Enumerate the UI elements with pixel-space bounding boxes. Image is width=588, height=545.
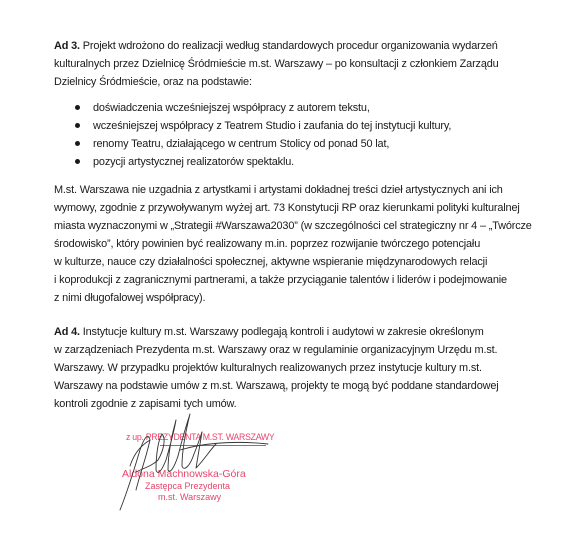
ad4-line-1: Ad 4. Instytucje kultury m.st. Warszawy …: [54, 323, 484, 341]
ad4-line-3: Warszawy. W przypadku projektów kultural…: [54, 359, 482, 377]
bullet-icon: [75, 159, 80, 164]
ad3-line-2: kulturalnych przez Dzielnicę Śródmieście…: [54, 55, 499, 73]
list-item: doświadczenia wcześniejszej współpracy z…: [0, 99, 588, 117]
paragraph-line: M.st. Warszawa nie uzgadnia z artystkami…: [54, 181, 503, 199]
list-item: wcześniejszej współpracy z Teatrem Studi…: [0, 117, 588, 135]
paragraph-line: środowisko”, który powinien być realizow…: [54, 235, 480, 253]
ad4-line-2: w zarządzeniach Prezydenta m.st. Warszaw…: [54, 341, 497, 359]
paragraph-line: miasta wyznaczonymi w „Strategii #Warsza…: [54, 217, 532, 235]
list-item: renomy Teatru, działającego w centrum St…: [0, 135, 588, 153]
paragraph-line: i koprodukcji z zagranicznymi partnerami…: [54, 271, 507, 289]
bullet-icon: [75, 105, 80, 110]
handwritten-signature-icon: [100, 410, 270, 520]
paragraph-line: wymowy, zgodnie z przywoływanym wyżej ar…: [54, 199, 520, 217]
ad4-label: Ad 4.: [54, 326, 80, 338]
ad4-line-4: Warszawy na podstawie umów z m.st. Warsz…: [54, 377, 499, 395]
ad3-line-1: Ad 3. Projekt wdrożono do realizacji wed…: [54, 37, 498, 55]
paragraph-line: w kulturze, nauce czy działalności społe…: [54, 253, 487, 271]
ad3-label: Ad 3.: [54, 40, 80, 52]
document-page: Ad 3. Projekt wdrożono do realizacji wed…: [0, 0, 588, 545]
ad3-line-3: Dzielnicy Śródmieście, oraz na podstawie…: [54, 73, 252, 91]
bullet-icon: [75, 123, 80, 128]
list-item: pozycji artystycznej realizatorów spekta…: [0, 153, 588, 171]
paragraph-line: z nimi długofalowej współpracy).: [54, 289, 205, 307]
bullet-icon: [75, 141, 80, 146]
